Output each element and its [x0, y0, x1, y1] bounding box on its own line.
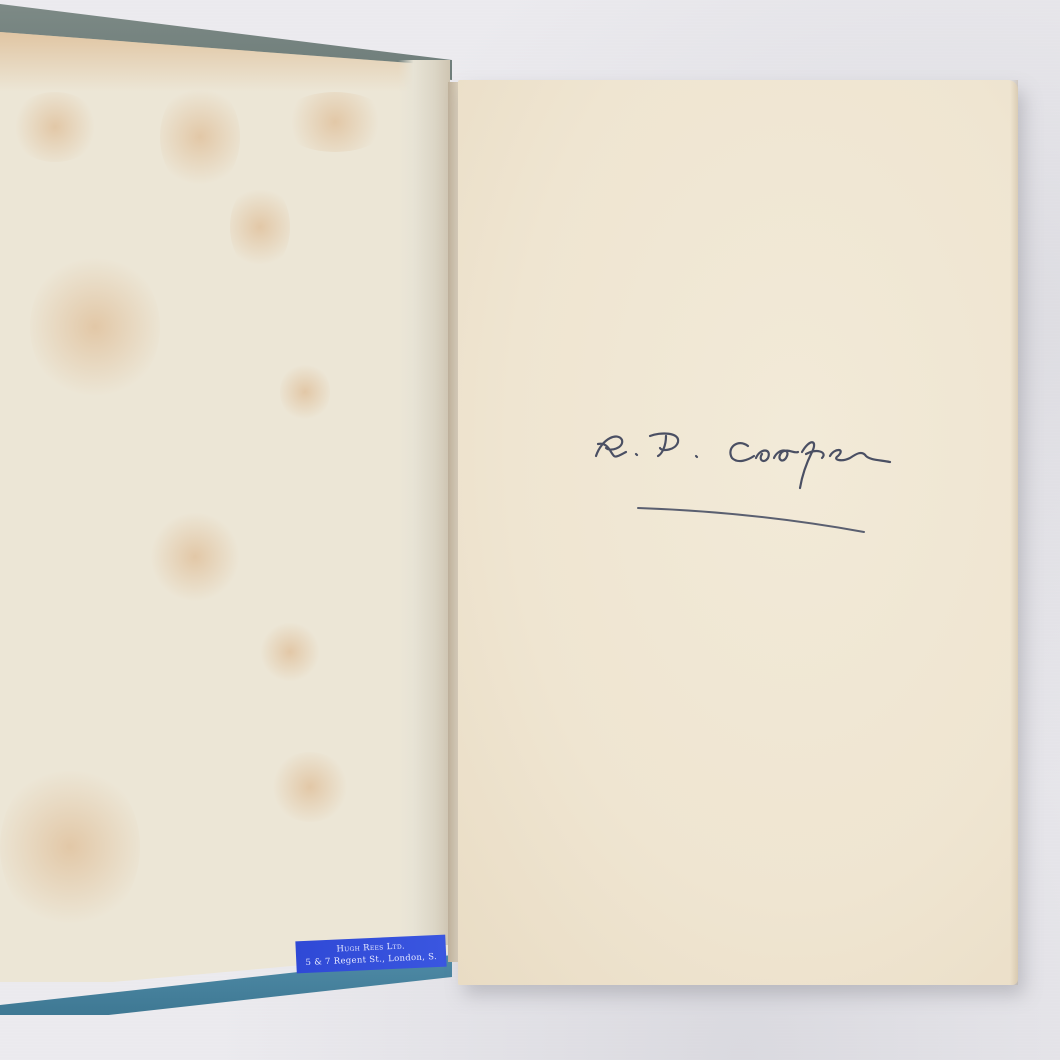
- signature-underline: [636, 500, 866, 540]
- foxing-spot: [280, 92, 390, 152]
- left-pastedown-page: [0, 32, 450, 982]
- foxing-spot: [260, 622, 320, 682]
- page-fore-edge: [1010, 80, 1018, 985]
- hinge-cloth: [398, 60, 450, 945]
- foxing-spot: [30, 252, 160, 402]
- foxing-spot: [10, 92, 100, 162]
- foxing-spot: [0, 762, 140, 932]
- foxing-spot: [270, 752, 350, 822]
- foxing-spot: [230, 182, 290, 272]
- foxing-spot: [150, 512, 240, 602]
- foxing-spot: [280, 362, 330, 422]
- ink-signature: R. P. Cooper: [588, 418, 898, 498]
- signature-strokes: [588, 418, 898, 498]
- foxing-spot: [160, 82, 240, 192]
- bookseller-label: Hugh Rees Ltd. 5 & 7 Regent St., London,…: [295, 935, 446, 974]
